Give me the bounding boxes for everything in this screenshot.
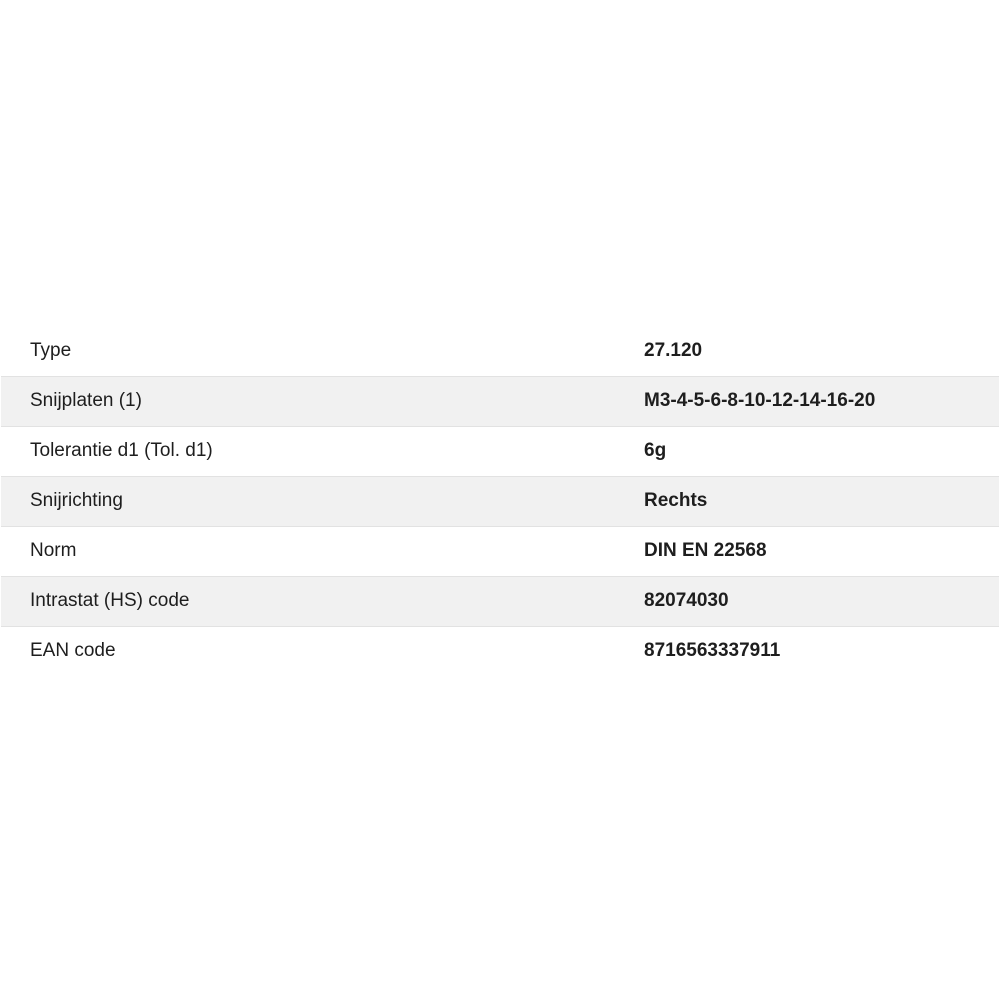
spec-value: 8716563337911 — [644, 626, 999, 676]
spec-label: Snijrichting — [1, 476, 644, 526]
spec-value: 82074030 — [644, 576, 999, 626]
spec-label: EAN code — [1, 626, 644, 676]
spec-label: Type — [1, 326, 644, 376]
spec-value: 6g — [644, 426, 999, 476]
spec-value: 27.120 — [644, 326, 999, 376]
spec-label: Norm — [1, 526, 644, 576]
spec-value: Rechts — [644, 476, 999, 526]
spec-row-norm: Norm DIN EN 22568 — [1, 526, 999, 576]
spec-label: Intrastat (HS) code — [1, 576, 644, 626]
spec-row-ean: EAN code 8716563337911 — [1, 626, 999, 676]
spec-row-type: Type 27.120 — [1, 326, 999, 376]
spec-label: Tolerantie d1 (Tol. d1) — [1, 426, 644, 476]
spec-value: DIN EN 22568 — [644, 526, 999, 576]
spec-label: Snijplaten (1) — [1, 376, 644, 426]
spec-row-intrastat: Intrastat (HS) code 82074030 — [1, 576, 999, 626]
spec-value: M3-4-5-6-8-10-12-14-16-20 — [644, 376, 999, 426]
specifications-table: Type 27.120 Snijplaten (1) M3-4-5-6-8-10… — [1, 326, 999, 676]
spec-row-snijplaten: Snijplaten (1) M3-4-5-6-8-10-12-14-16-20 — [1, 376, 999, 426]
spec-row-snijrichting: Snijrichting Rechts — [1, 476, 999, 526]
spec-row-tolerantie: Tolerantie d1 (Tol. d1) 6g — [1, 426, 999, 476]
